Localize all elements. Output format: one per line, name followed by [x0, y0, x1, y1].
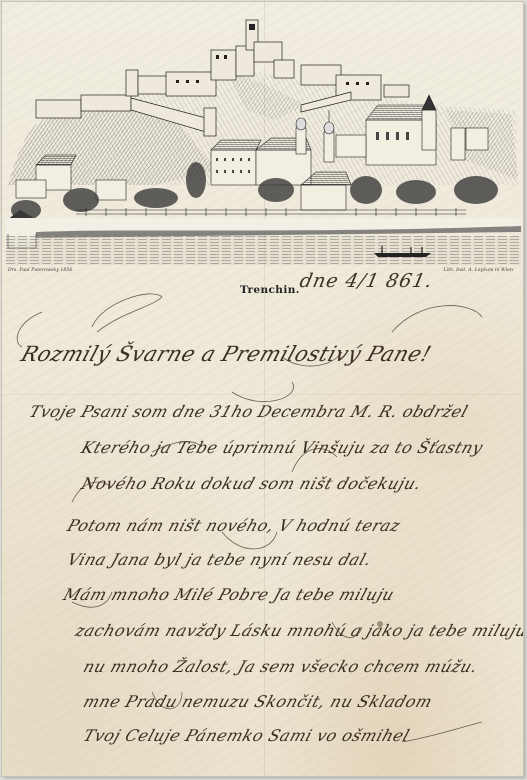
place-name: Trenchin. [240, 284, 300, 296]
letter-line-2: Kterého ja Tebe úprimnú Vinšuju za to Šť… [79, 438, 486, 457]
letter-line-5: Vina Jana byl ja tebe nyní nesu dal. [65, 550, 374, 569]
letter-line-6: Mám mnoho Milé Pobre Ja tebe miluju [61, 585, 397, 604]
lithographer-credit: Lith. Inst. A. Leykum in Wien [444, 268, 514, 273]
letter-line-3: Nového Roku dokud som ništ dočekuju. [79, 474, 424, 493]
letter-line-4: Potom nám ništ nového, V hodnú teraz [65, 516, 403, 535]
letter-line-9: mne Pradu nemuzu Skončit, nu Skladom [81, 692, 435, 711]
letter-date: dne 4/1 861. [298, 270, 435, 292]
illustrator-credit: Drs. Paul Puterowsky 1856. [8, 268, 74, 273]
letter-line-1: Tvoje Psani som dne 31ho Decembra M. R. … [27, 402, 471, 421]
castle-town-illustration-icon [6, 10, 521, 265]
paper-fold-horizontal [2, 394, 523, 395]
letter-sheet: Drs. Paul Puterowsky 1856. Lith. Inst. A… [2, 2, 523, 776]
letter-line-10: Tvoj Celuje Pánemko Sami vo ošmihel [81, 726, 412, 745]
letter-line-7: zachovám navždy Lásku mnohú a jako ja te… [73, 621, 523, 640]
letter-line-8: nu mnoho Žalost, Ja sem všecko chcem múž… [81, 657, 481, 676]
letter-salutation: Rozmilý Švarne a Premilostivý Pane! [18, 342, 434, 366]
letterhead-illustration [6, 10, 521, 265]
